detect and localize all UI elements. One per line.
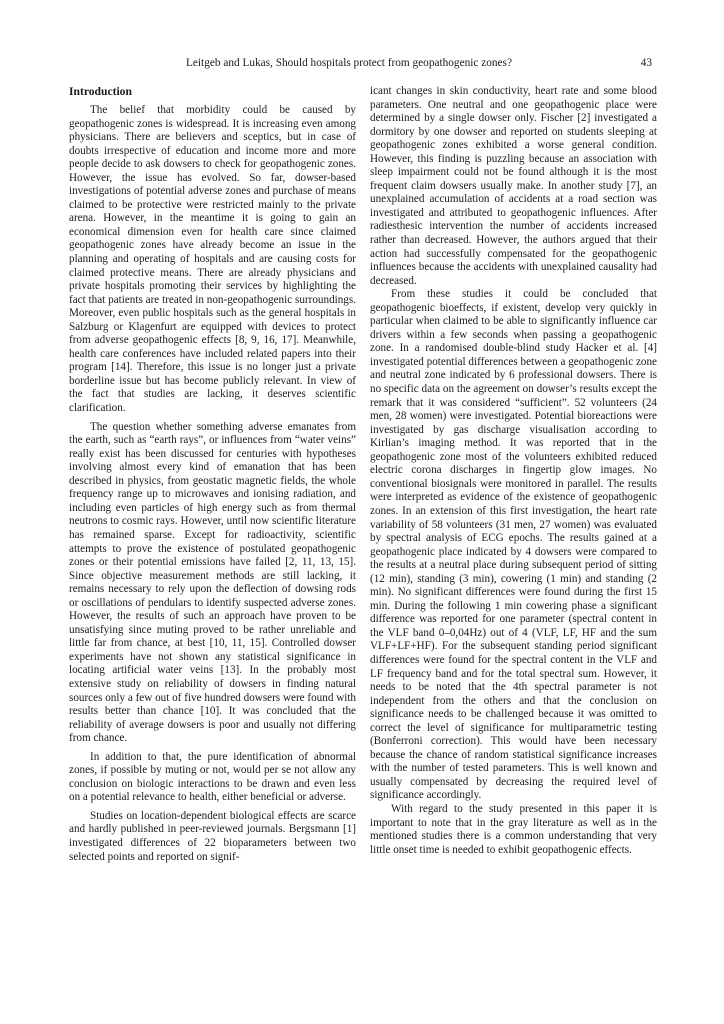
running-header: Leitgeb and Lukas, Should hospitals prot… (0, 57, 724, 73)
left-column: Introduction The belief that morbidity c… (69, 85, 356, 864)
paragraph: From these studies it could be concluded… (370, 288, 657, 803)
paragraph: Studies on location-dependent biological… (69, 810, 356, 864)
section-heading-introduction: Introduction (69, 85, 356, 99)
page-number: 43 (641, 57, 652, 69)
paragraph: The question whether something adverse e… (69, 421, 356, 746)
paragraph: The belief that morbidity could be cause… (69, 104, 356, 416)
running-title: Leitgeb and Lukas, Should hospitals prot… (186, 57, 512, 69)
right-column: icant changes in skin conductivity, hear… (370, 85, 657, 857)
paragraph: With regard to the study presented in th… (370, 803, 657, 857)
paragraph-continued: icant changes in skin conductivity, hear… (370, 85, 657, 288)
paragraph: In addition to that, the pure identifica… (69, 751, 356, 805)
